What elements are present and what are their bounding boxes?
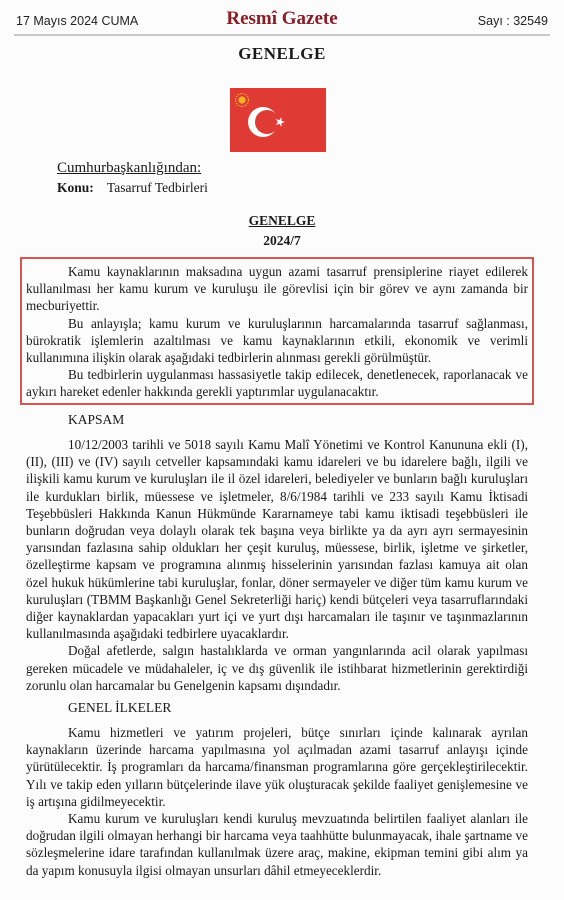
section-paragraph: Doğal afetlerde, salgın hastalıklarda ve…	[26, 642, 528, 694]
kapsam-text: 10/12/2003 tarihli ve 5018 sayılı Kamu M…	[26, 436, 528, 694]
document-type-heading: GENELGE	[0, 44, 564, 64]
subject-line: Konu: Tasarruf Tedbirleri	[57, 180, 208, 196]
publication-title: Resmî Gazete	[14, 8, 550, 30]
intro-paragraph: Bu anlayışla; kamu kurum ve kuruluşların…	[26, 315, 528, 367]
subject-label: Konu:	[57, 180, 94, 195]
section-paragraph: 10/12/2003 tarihli ve 5018 sayılı Kamu M…	[26, 436, 528, 642]
section-paragraph: Kamu kurum ve kuruluşları kendi kuruluş …	[26, 810, 528, 879]
intro-text: Kamu kaynaklarının maksadına uygun azami…	[26, 263, 528, 401]
intro-paragraph: Kamu kaynaklarının maksadına uygun azami…	[26, 263, 528, 315]
section-paragraph: Kamu hizmetleri ve yatırım projeleri, bü…	[26, 724, 528, 810]
circular-title: GENELGE	[0, 213, 564, 229]
circular-number: 2024/7	[0, 233, 564, 249]
gazette-header: 17 Mayıs 2024 CUMA Resmî Gazete Sayı : 3…	[14, 6, 550, 36]
subject-value: Tasarruf Tedbirleri	[107, 180, 208, 195]
section-heading-genel-ilkeler: GENEL İLKELER	[68, 700, 171, 716]
intro-paragraph: Bu tedbirlerin uygulanması hassasiyetle …	[26, 366, 528, 400]
genel-ilkeler-text: Kamu hizmetleri ve yatırım projeleri, bü…	[26, 724, 528, 879]
gazette-page: 17 Mayıs 2024 CUMA Resmî Gazete Sayı : 3…	[0, 0, 564, 900]
presidential-flag-icon	[230, 88, 326, 152]
issuing-authority: Cumhurbaşkanlığından:	[57, 160, 201, 177]
section-heading-kapsam: KAPSAM	[68, 412, 124, 428]
issue-number: Sayı : 32549	[478, 14, 548, 28]
